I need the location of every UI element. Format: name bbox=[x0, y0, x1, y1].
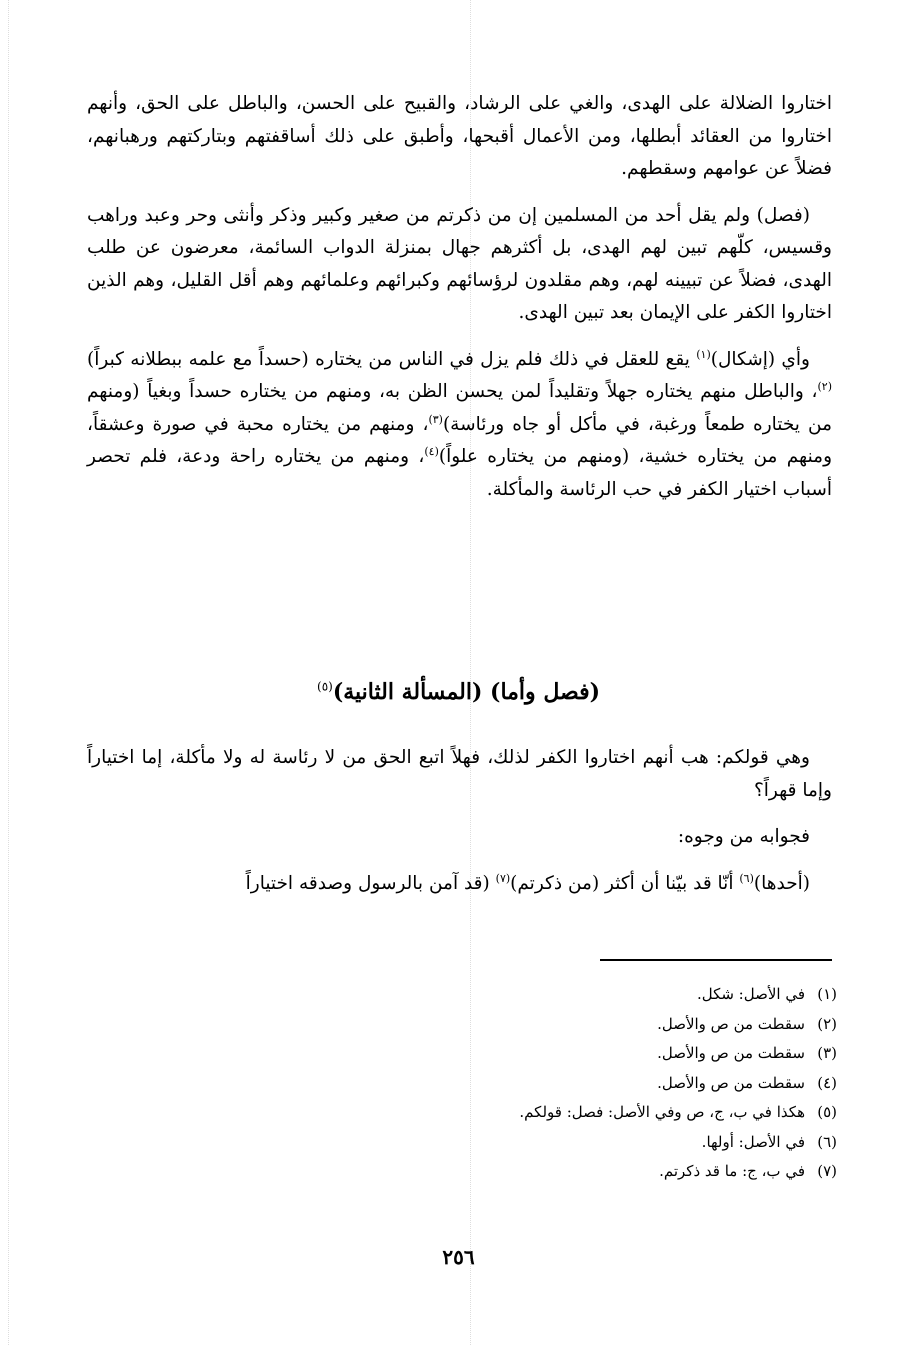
footnote-text: في الأصل: أولها. bbox=[702, 1128, 805, 1158]
footnote-number: (٦) bbox=[805, 1128, 837, 1158]
footnote-number: (١) bbox=[805, 980, 837, 1010]
paragraph-3: وأي (إشكال)(١) يقع للعقل في ذلك فلم يزل … bbox=[87, 344, 832, 507]
footnote-text: في الأصل: شكل. bbox=[697, 980, 805, 1010]
page-number: ٢٥٦ bbox=[0, 1245, 917, 1269]
footnote-text: سقطت من ص والأصل. bbox=[657, 1039, 805, 1069]
heading-text: (فصل وأما) (المسألة الثانية) bbox=[333, 679, 600, 705]
footnote-item-5: (٥) هكذا في ب، ج، ص وفي الأصل: فصل: قولك… bbox=[277, 1098, 837, 1128]
footnote-number: (٤) bbox=[805, 1069, 837, 1099]
footnote-ref-5[interactable]: (٥) bbox=[317, 680, 333, 694]
footnote-item-6: (٦) في الأصل: أولها. bbox=[277, 1128, 837, 1158]
footnote-number: (٢) bbox=[805, 1010, 837, 1040]
footnote-item-1: (١) في الأصل: شكل. bbox=[277, 980, 837, 1010]
footnote-number: (٧) bbox=[805, 1157, 837, 1187]
footnote-number: (٥) bbox=[805, 1098, 837, 1128]
footnote-text: سقطت من ص والأصل. bbox=[657, 1010, 805, 1040]
footnote-text: في ب، ج: ما قد ذكرتم. bbox=[659, 1157, 805, 1187]
book-page: اختاروا الضلالة على الهدى، والغي على الر… bbox=[0, 0, 917, 1345]
footnote-ref-6[interactable]: (٦) bbox=[739, 871, 754, 884]
body-section-1: اختاروا الضلالة على الهدى، والغي على الر… bbox=[87, 88, 832, 520]
footnote-ref-1[interactable]: (١) bbox=[696, 347, 711, 360]
footnote-item-7: (٧) في ب، ج: ما قد ذكرتم. bbox=[277, 1157, 837, 1187]
footnote-ref-4[interactable]: (٤) bbox=[424, 445, 439, 458]
text-run: وأي (إشكال) bbox=[711, 349, 810, 370]
paragraph-4: وهي قولكم: هب أنهم اختاروا الكفر لذلك، ف… bbox=[87, 742, 832, 807]
footnote-ref-7[interactable]: (٧) bbox=[496, 871, 511, 884]
footnote-text: هكذا في ب، ج، ص وفي الأصل: فصل: قولكم. bbox=[519, 1098, 805, 1128]
text-run: (أحدها) bbox=[754, 873, 810, 894]
footnote-divider bbox=[600, 959, 832, 961]
footnote-item-2: (٢) سقطت من ص والأصل. bbox=[277, 1010, 837, 1040]
paragraph-5: فجوابه من وجوه: bbox=[87, 821, 832, 854]
section-heading: (فصل وأما) (المسألة الثانية)(٥) bbox=[0, 672, 917, 712]
footnote-item-3: (٣) سقطت من ص والأصل. bbox=[277, 1039, 837, 1069]
paragraph-6: (أحدها)(٦) أنّا قد بيّنا أن أكثر (من ذكر… bbox=[87, 868, 832, 901]
body-section-2: وهي قولكم: هب أنهم اختاروا الكفر لذلك، ف… bbox=[87, 742, 832, 914]
text-run: أنّا قد بيّنا أن أكثر (من ذكرتم) bbox=[510, 873, 739, 894]
footnote-item-4: (٤) سقطت من ص والأصل. bbox=[277, 1069, 837, 1099]
paragraph-1: اختاروا الضلالة على الهدى، والغي على الر… bbox=[87, 88, 832, 186]
paragraph-2: (فصل) ولم يقل أحد من المسلمين إن من ذكرت… bbox=[87, 200, 832, 330]
footnotes-list: (١) في الأصل: شكل. (٢) سقطت من ص والأصل.… bbox=[277, 980, 837, 1187]
footnote-number: (٣) bbox=[805, 1039, 837, 1069]
footnote-ref-3[interactable]: (٣) bbox=[428, 412, 443, 425]
text-run: يقع للعقل في ذلك فلم يزل في الناس من يخت… bbox=[87, 349, 696, 370]
footnote-text: سقطت من ص والأصل. bbox=[657, 1069, 805, 1099]
footnote-ref-2[interactable]: (٢) bbox=[817, 380, 832, 393]
text-run: (قد آمن بالرسول وصدقه اختياراً bbox=[246, 873, 496, 894]
